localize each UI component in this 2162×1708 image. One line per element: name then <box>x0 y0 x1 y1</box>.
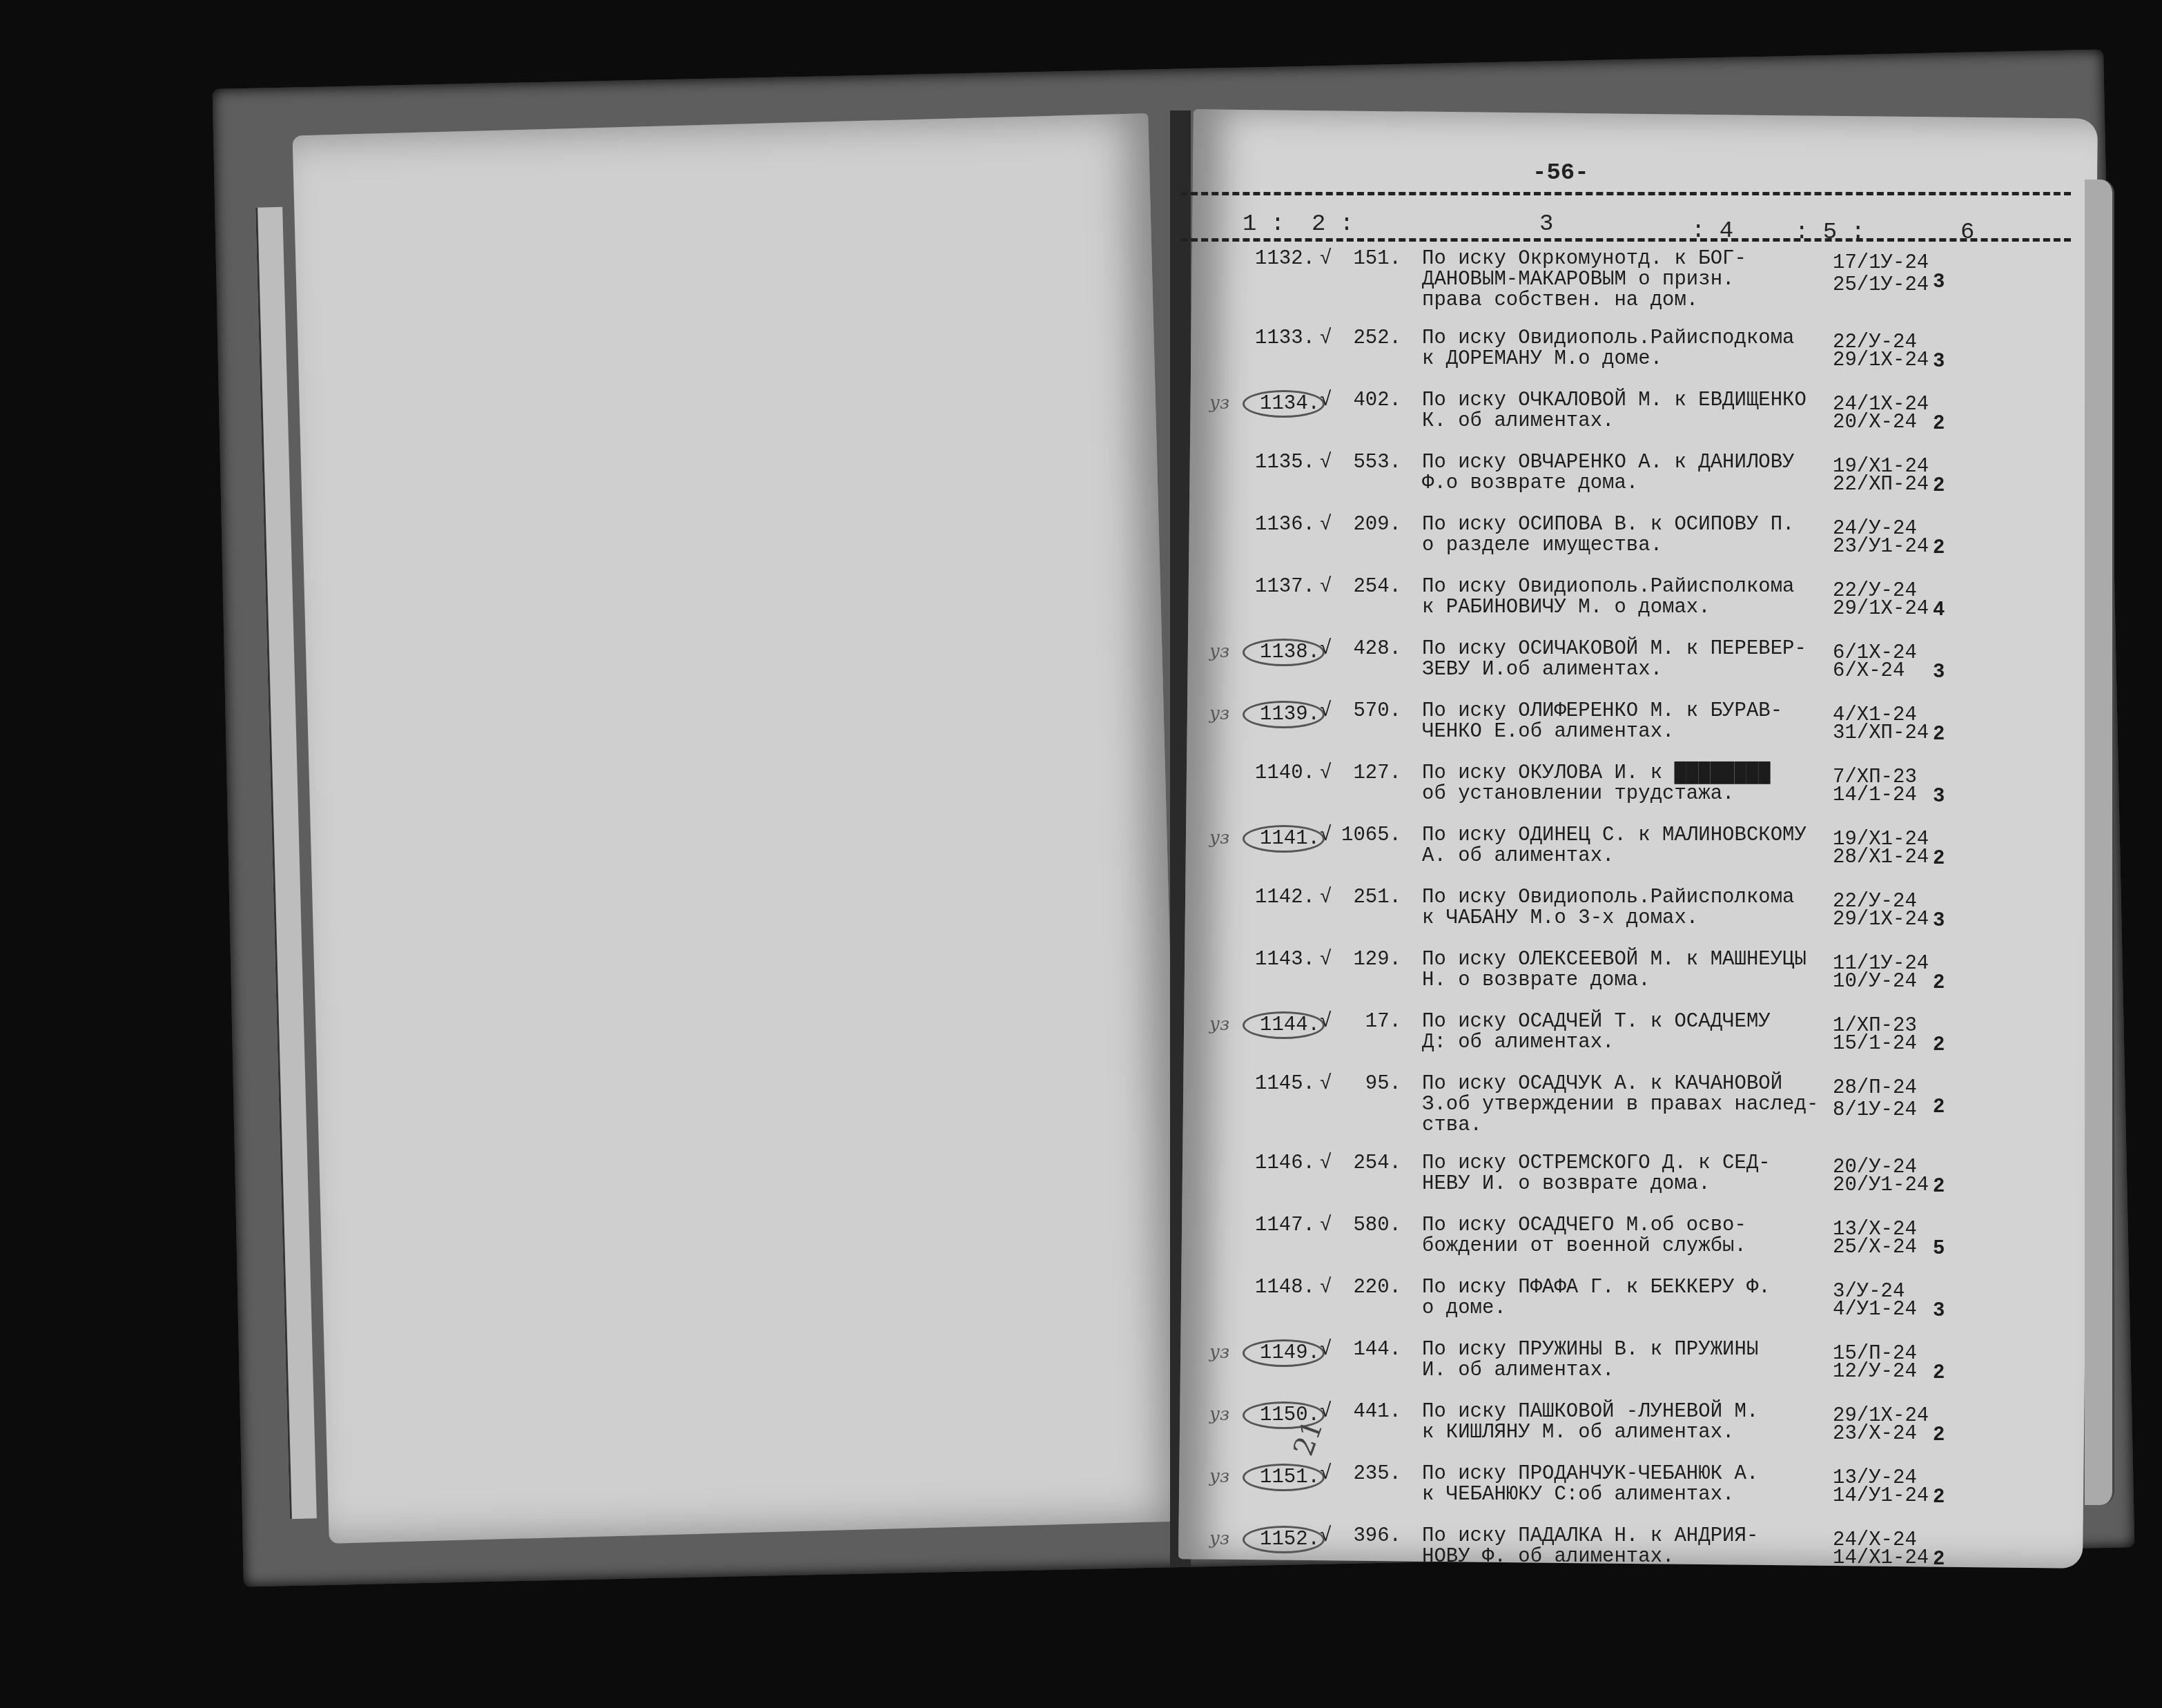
entry-number: 1136. <box>1243 514 1315 535</box>
register-entry: уз1141.√1065.По иску ОДИНЕЦ С. к МАЛИНОВ… <box>1243 825 2036 887</box>
case-description: По иску ОСИЧАКОВОЙ М. к ПЕРЕВЕР- ЗЕВУ И.… <box>1422 639 1836 680</box>
case-description: По иску ПРОДАНЧУК-ЧЕБАНЮК А. к ЧЕБАНЮКУ … <box>1422 1464 1836 1505</box>
register-entry: 1148.√220.По иску ПФАФА Г. к БЕККЕРУ Ф. … <box>1243 1277 2036 1339</box>
case-description: По иску ОВЧАРЕНКО А. к ДАНИЛОВУ Ф.о возв… <box>1422 452 1836 494</box>
header-rule-bottom <box>1180 238 2071 242</box>
case-reference: 441. <box>1339 1401 1401 1422</box>
pencil-mark: уз <box>1209 828 1229 848</box>
register-entry: уз1151.√235.По иску ПРОДАНЧУК-ЧЕБАНЮК А.… <box>1243 1464 2036 1526</box>
case-description: По иску ОСАДЧЕГО М.об осво- бождении от … <box>1422 1215 1836 1256</box>
check-mark-icon: √ <box>1320 949 1332 970</box>
column-header-6: 6 <box>1960 220 1974 246</box>
case-description: По иску ПФАФА Г. к БЕККЕРУ Ф. о доме. <box>1422 1277 1836 1319</box>
case-description: По иску ОСТРЕМСКОГО Д. к СЕД- НЕВУ И. о … <box>1422 1153 1836 1194</box>
left-page-blank <box>293 113 1185 1544</box>
register-entry: уз1150.√441.По иску ПАШКОВОЙ -ЛУНЕВОЙ М.… <box>1243 1401 2036 1464</box>
register-entry: 1146.√254.По иску ОСТРЕМСКОГО Д. к СЕД- … <box>1243 1153 2036 1215</box>
pencil-mark: уз <box>1209 1529 1229 1549</box>
date-end: 29/1Х-24 <box>1833 909 1929 930</box>
check-mark-icon: √ <box>1320 1401 1332 1422</box>
sheet-count: 2 <box>1933 724 1945 745</box>
pencil-mark: уз <box>1209 393 1229 414</box>
check-mark-icon: √ <box>1320 1153 1332 1174</box>
case-reference: 428. <box>1339 639 1401 659</box>
entry-number: 1134. <box>1243 390 1325 418</box>
pencil-mark: уз <box>1209 1404 1229 1425</box>
sheet-count: 2 <box>1933 476 1945 496</box>
case-description: По иску ПРУЖИНЫ В. к ПРУЖИНЫ И. об алиме… <box>1422 1339 1836 1381</box>
case-description: По иску Овидиополь.Райисполкома к РАБИНО… <box>1422 576 1836 618</box>
register-entry: 1140.√127.По иску ОКУЛОВА И. к ████████ … <box>1243 763 2036 825</box>
entry-number: 1140. <box>1243 763 1315 784</box>
check-mark-icon: √ <box>1320 763 1332 784</box>
date-end: 14/У1-24 <box>1833 1486 1929 1506</box>
case-reference: 580. <box>1339 1215 1401 1236</box>
check-mark-icon: √ <box>1320 1074 1332 1094</box>
case-reference: 553. <box>1339 452 1401 473</box>
case-reference: 570. <box>1339 701 1401 721</box>
date-end: 25/Х-24 <box>1833 1237 1917 1258</box>
register-entry: уз1138.√428.По иску ОСИЧАКОВОЙ М. к ПЕРЕ… <box>1243 639 2036 701</box>
header-rule-top <box>1180 192 2071 195</box>
date-start: 28/П-24 <box>1833 1078 1917 1098</box>
check-mark-icon: √ <box>1320 328 1332 349</box>
date-end: 25/1У-24 <box>1833 275 1929 295</box>
pencil-mark: уз <box>1209 1342 1229 1363</box>
sheet-count: 5 <box>1933 1239 1945 1259</box>
sheet-count: 3 <box>1933 272 1945 293</box>
date-end: 29/1Х-24 <box>1833 599 1929 619</box>
sheet-count: 2 <box>1933 973 1945 993</box>
pencil-mark: уз <box>1209 641 1229 662</box>
register-entry: 1135.√553.По иску ОВЧАРЕНКО А. к ДАНИЛОВ… <box>1243 452 2036 514</box>
pencil-mark: уз <box>1209 1466 1229 1487</box>
check-mark-icon: √ <box>1320 452 1332 473</box>
entry-number: 1151. <box>1243 1464 1325 1491</box>
date-end: 15/1-24 <box>1833 1033 1917 1054</box>
entry-number: 1148. <box>1243 1277 1315 1298</box>
sheet-count: 2 <box>1933 848 1945 869</box>
entry-number: 1135. <box>1243 452 1315 473</box>
case-reference: 254. <box>1339 1153 1401 1174</box>
check-mark-icon: √ <box>1320 1215 1332 1236</box>
entry-number: 1139. <box>1243 701 1325 728</box>
sheet-count: 2 <box>1933 1035 1945 1056</box>
column-header-1: 1 : <box>1243 211 1285 237</box>
case-reference: 254. <box>1339 576 1401 597</box>
sheet-count: 2 <box>1933 538 1945 559</box>
case-description: По иску ПАДАЛКА Н. к АНДРИЯ- НОВУ Ф. об … <box>1422 1526 1836 1567</box>
entry-number: 1152. <box>1243 1526 1325 1553</box>
date-end: 12/У-24 <box>1833 1361 1917 1382</box>
date-end: 28/Х1-24 <box>1833 847 1929 868</box>
sheet-count: 2 <box>1933 1363 1945 1384</box>
date-end: 23/У1-24 <box>1833 536 1929 557</box>
date-start: 17/1У-24 <box>1833 253 1929 273</box>
sheet-count: 3 <box>1933 911 1945 931</box>
page-number: -56- <box>1532 160 1589 186</box>
case-reference: 151. <box>1339 249 1401 269</box>
case-reference: 396. <box>1339 1526 1401 1546</box>
case-description: По иску ПАШКОВОЙ -ЛУНЕВОЙ М. к КИШЛЯНУ М… <box>1422 1401 1836 1443</box>
register-entry: 1147.√580.По иску ОСАДЧЕГО М.об осво- бо… <box>1243 1215 2036 1277</box>
date-end: 22/ХП-24 <box>1833 474 1929 495</box>
case-reference: 144. <box>1339 1339 1401 1360</box>
case-description: По иску ОСАДЧЕЙ Т. к ОСАДЧЕМУ Д: об алим… <box>1422 1011 1836 1053</box>
sheet-count: 2 <box>1933 1176 1945 1197</box>
entry-number: 1146. <box>1243 1153 1315 1174</box>
case-reference: 95. <box>1339 1074 1401 1094</box>
register-entry: уз1152.√396.По иску ПАДАЛКА Н. к АНДРИЯ-… <box>1243 1526 2036 1588</box>
entry-number: 1138. <box>1243 639 1325 666</box>
check-mark-icon: √ <box>1320 825 1332 846</box>
case-reference: 17. <box>1339 1011 1401 1032</box>
case-description: По иску ОЛЕКСЕЕВОЙ М. к МАШНЕУЦЫ Н. о во… <box>1422 949 1836 991</box>
date-end: 31/ХП-24 <box>1833 723 1929 744</box>
case-reference: 251. <box>1339 887 1401 908</box>
column-header-5: : 5 : <box>1795 220 1865 246</box>
register-entry: 1137.√254.По иску Овидиополь.Райисполком… <box>1243 576 2036 639</box>
case-description: По иску ОЧКАЛОВОЙ М. к ЕВДИЩЕНКО К. об а… <box>1422 390 1836 431</box>
case-reference: 252. <box>1339 328 1401 349</box>
case-description: По иску ОКУЛОВА И. к ████████ об установ… <box>1422 763 1836 804</box>
case-reference: 1065. <box>1339 825 1401 846</box>
case-reference: 209. <box>1339 514 1401 535</box>
check-mark-icon: √ <box>1320 701 1332 721</box>
check-mark-icon: √ <box>1320 1464 1332 1484</box>
sheet-count: 2 <box>1933 1549 1945 1570</box>
register-entry: 1133.√252.По иску Овидиополь.Райисподком… <box>1243 328 2036 390</box>
register-entries: 1132.√151.По иску Окркомунотд. к БОГ- ДА… <box>1243 249 2036 1588</box>
case-reference: 402. <box>1339 390 1401 411</box>
case-description: По иску Овидиополь.Райисполкома к ЧАБАНУ… <box>1422 887 1836 929</box>
register-entry: уз1134.√402.По иску ОЧКАЛОВОЙ М. к ЕВДИЩ… <box>1243 390 2036 452</box>
entry-number: 1145. <box>1243 1074 1315 1094</box>
register-entry: уз1149.√144.По иску ПРУЖИНЫ В. к ПРУЖИНЫ… <box>1243 1339 2036 1401</box>
sheet-count: 4 <box>1933 600 1945 621</box>
check-mark-icon: √ <box>1320 1277 1332 1298</box>
register-entry: уз1139.√570.По иску ОЛИФЕРЕНКО М. к БУРА… <box>1243 701 2036 763</box>
check-mark-icon: √ <box>1320 576 1332 597</box>
date-end: 20/У1-24 <box>1833 1175 1929 1196</box>
sheet-count: 3 <box>1933 662 1945 683</box>
pencil-mark: уз <box>1209 1014 1229 1035</box>
case-description: По иску Окркомунотд. к БОГ- ДАНОВЫМ-МАКА… <box>1422 249 1836 311</box>
case-description: По иску ОСИПОВА В. к ОСИПОВУ П. о раздел… <box>1422 514 1836 556</box>
date-end: 4/У1-24 <box>1833 1299 1917 1320</box>
date-end: 8/1У-24 <box>1833 1100 1917 1120</box>
entry-number: 1142. <box>1243 887 1315 908</box>
register-entry: 1143.√129.По иску ОЛЕКСЕЕВОЙ М. к МАШНЕУ… <box>1243 949 2036 1011</box>
check-mark-icon: √ <box>1320 639 1332 659</box>
date-end: 14/Х1-24 <box>1833 1548 1929 1569</box>
sheet-count: 2 <box>1933 1487 1945 1508</box>
register-entry: 1136.√209.По иску ОСИПОВА В. к ОСИПОВУ П… <box>1243 514 2036 576</box>
sheet-count: 2 <box>1933 1097 1945 1118</box>
check-mark-icon: √ <box>1320 887 1332 908</box>
sheet-count: 3 <box>1933 786 1945 807</box>
entry-number: 1144. <box>1243 1011 1325 1039</box>
date-end: 20/Х-24 <box>1833 412 1917 433</box>
date-end: 10/У-24 <box>1833 971 1917 992</box>
case-reference: 220. <box>1339 1277 1401 1298</box>
case-description: По иску Овидиополь.Райисподкома к ДОРЕМА… <box>1422 328 1836 369</box>
entry-number: 1149. <box>1243 1339 1325 1367</box>
entry-number: 1133. <box>1243 328 1315 349</box>
register-entry: 1145.√95.По иску ОСАДЧУК А. к КАЧАНОВОЙ … <box>1243 1074 2036 1153</box>
check-mark-icon: √ <box>1320 249 1332 269</box>
check-mark-icon: √ <box>1320 514 1332 535</box>
check-mark-icon: √ <box>1320 1339 1332 1360</box>
date-end: 14/1-24 <box>1833 785 1917 806</box>
entry-number: 1137. <box>1243 576 1315 597</box>
entry-number: 1147. <box>1243 1215 1315 1236</box>
case-reference: 235. <box>1339 1464 1401 1484</box>
page-stack-right <box>2085 179 2114 1505</box>
case-description: По иску ОДИНЕЦ С. к МАЛИНОВСКОМУ А. об а… <box>1422 825 1836 866</box>
sheet-count: 2 <box>1933 414 1945 434</box>
check-mark-icon: √ <box>1320 1011 1332 1032</box>
entry-number: 1143. <box>1243 949 1315 970</box>
case-description: По иску ОСАДЧУК А. к КАЧАНОВОЙ З.об утве… <box>1422 1074 1836 1136</box>
check-mark-icon: √ <box>1320 390 1332 411</box>
check-mark-icon: √ <box>1320 1526 1332 1546</box>
case-reference: 129. <box>1339 949 1401 970</box>
entry-number: 1132. <box>1243 249 1315 269</box>
pencil-mark: уз <box>1209 703 1229 724</box>
case-reference: 127. <box>1339 763 1401 784</box>
sheet-count: 3 <box>1933 1301 1945 1321</box>
register-entry: уз1144.√17.По иску ОСАДЧЕЙ Т. к ОСАДЧЕМУ… <box>1243 1011 2036 1074</box>
entry-number: 1141. <box>1243 825 1325 853</box>
case-description: По иску ОЛИФЕРЕНКО М. к БУРАВ- ЧЕНКО Е.о… <box>1422 701 1836 742</box>
register-entry: 1132.√151.По иску Окркомунотд. к БОГ- ДА… <box>1243 249 2036 328</box>
register-entry: 1142.√251.По иску Овидиополь.Райисполком… <box>1243 887 2036 949</box>
date-end: 23/Х-24 <box>1833 1424 1917 1444</box>
sheet-count: 3 <box>1933 351 1945 372</box>
column-header-3: 3 <box>1539 211 1553 237</box>
date-end: 6/Х-24 <box>1833 661 1905 681</box>
column-header-2: 2 : <box>1312 211 1354 237</box>
date-end: 29/1Х-24 <box>1833 350 1929 371</box>
sheet-count: 2 <box>1933 1425 1945 1446</box>
